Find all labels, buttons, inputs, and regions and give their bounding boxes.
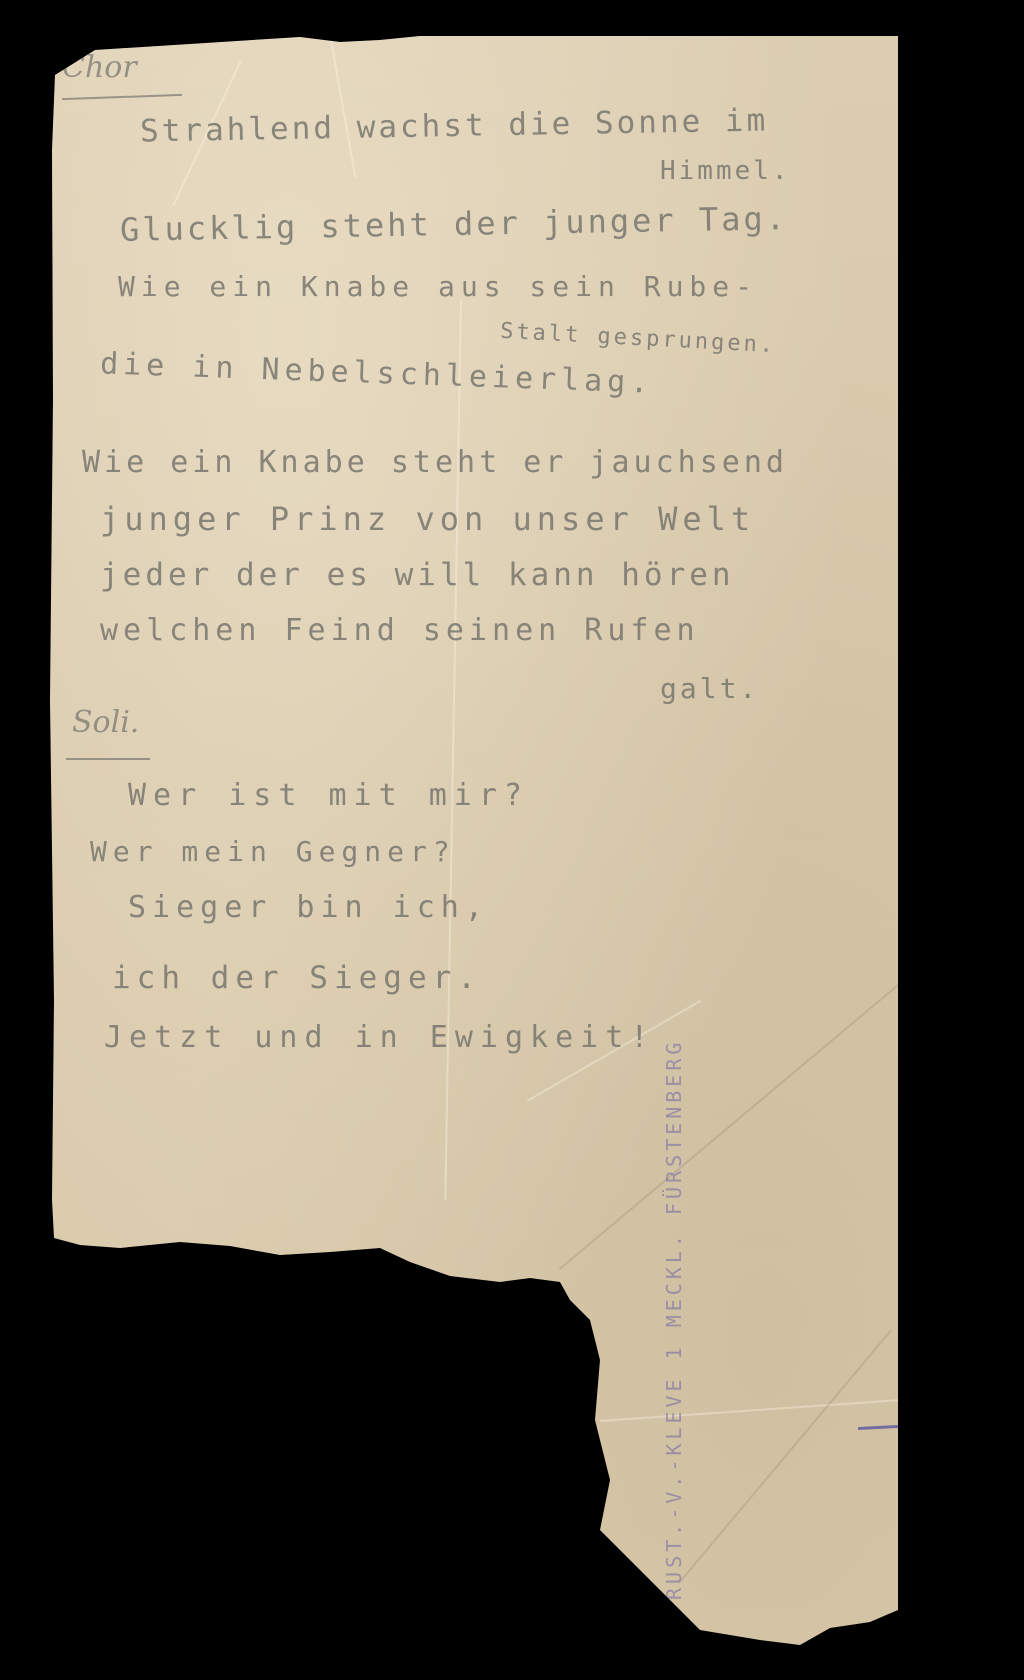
- lyric-line: Wie ein Knabe aus sein Rube-: [118, 270, 758, 303]
- lyric-line: Sieger bin ich,: [128, 890, 489, 925]
- lyric-line: galt.: [660, 672, 759, 705]
- section-label-soli: Soli.: [72, 705, 139, 740]
- lyric-line: Jetzt und in Ewigkeit!: [104, 1020, 655, 1055]
- lyric-line: die in Nebelschleierlag.: [100, 346, 654, 400]
- document-canvas: Chor Strahlend wachst die Sonne im Himme…: [0, 0, 956, 1680]
- lyric-line: jeder der es will kann hören: [100, 557, 735, 593]
- lyric-line: Himmel.: [660, 156, 791, 186]
- lyric-line: ich der Sieger.: [112, 960, 482, 996]
- lyric-line: Wer mein Gegner?: [90, 835, 456, 868]
- lyric-line: Wie ein Knabe steht er jauchsend: [82, 445, 788, 480]
- paper-crease: [559, 934, 959, 1270]
- lyric-line: Wer ist mit mir?: [128, 778, 529, 813]
- lyric-line: junger Prinz von unser Welt: [100, 500, 755, 538]
- torn-paper-sheet: Chor Strahlend wachst die Sonne im Himme…: [0, 0, 956, 1680]
- paper-crease: [600, 1398, 919, 1422]
- lyric-line: Strahlend wachst die Sonne im: [140, 103, 769, 150]
- section-label-chor: Chor: [62, 50, 137, 85]
- lyric-line: Glucklig steht der junger Tag.: [120, 199, 789, 249]
- postal-stamp-vertical: RUST.-V.-KLEVE 1 MECKL. FÜRSTENBERG: [662, 1039, 686, 1600]
- section-underline-soli: [66, 758, 150, 760]
- lyric-line: welchen Feind seinen Rufen: [100, 613, 700, 648]
- paper-crease: [678, 1330, 892, 1584]
- paper-crease: [444, 300, 462, 1200]
- section-underline-chor: [62, 94, 182, 100]
- paper-crease: [330, 40, 356, 178]
- lyric-line: Stalt gesprungen.: [500, 319, 777, 358]
- ink-mark: [858, 1425, 898, 1430]
